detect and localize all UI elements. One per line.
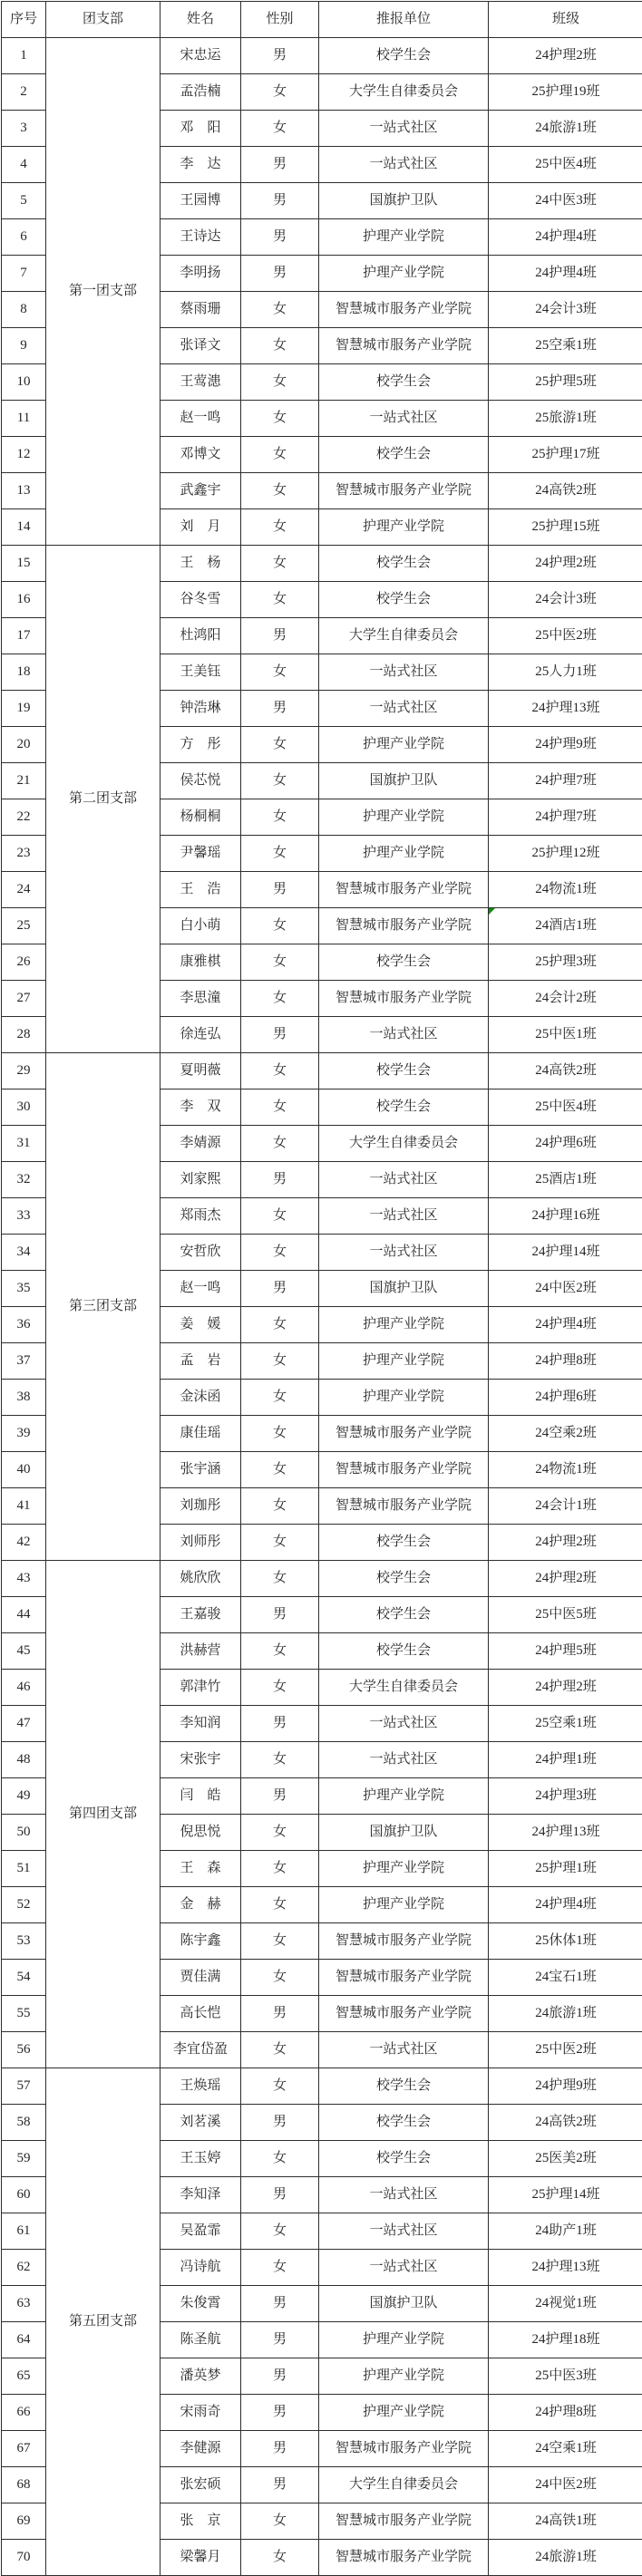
cell-gender: 女: [241, 981, 319, 1017]
cell-gender: 女: [241, 1488, 319, 1525]
cell-name: 王玉婷: [160, 2141, 241, 2177]
cell-unit: 一站式社区: [319, 2213, 489, 2250]
cell-branch: 第四团支部: [46, 1561, 160, 2068]
cell-index: 64: [2, 2322, 46, 2358]
cell-unit: 国旗护卫队: [319, 2286, 489, 2322]
cell-unit: 校学生会: [319, 38, 489, 74]
cell-class: 24视觉1班: [489, 2286, 642, 2322]
cell-class: 24护理5班: [489, 1633, 642, 1670]
cell-unit: 智慧城市服务产业学院: [319, 292, 489, 328]
cell-name: 尹馨瑶: [160, 836, 241, 872]
cell-name: 武鑫宇: [160, 473, 241, 509]
cell-unit: 一站式社区: [319, 1017, 489, 1053]
cell-class: 24护理13班: [489, 2250, 642, 2286]
cell-name: 李知润: [160, 1706, 241, 1742]
cell-unit: 一站式社区: [319, 111, 489, 147]
cell-index: 65: [2, 2358, 46, 2395]
cell-name: 方 彤: [160, 727, 241, 763]
cell-index: 48: [2, 1742, 46, 1778]
cell-name: 李 达: [160, 147, 241, 183]
cell-class: 24空乘2班: [489, 1416, 642, 1452]
cell-unit: 国旗护卫队: [319, 1815, 489, 1851]
cell-gender: 女: [241, 1851, 319, 1887]
cell-gender: 女: [241, 799, 319, 836]
cell-branch: 第一团支部: [46, 38, 160, 546]
cell-index: 60: [2, 2177, 46, 2213]
cell-index: 27: [2, 981, 46, 1017]
cell-class: 24会计1班: [489, 1488, 642, 1525]
cell-index: 11: [2, 401, 46, 437]
cell-name: 高长恺: [160, 1996, 241, 2032]
cell-class: 24中医3班: [489, 183, 642, 219]
cell-name: 姜 媛: [160, 1307, 241, 1343]
cell-name: 陈宇鑫: [160, 1923, 241, 1960]
cell-index: 68: [2, 2467, 46, 2503]
cell-unit: 一站式社区: [319, 654, 489, 691]
cell-name: 夏明薇: [160, 1053, 241, 1089]
cell-name: 金 赫: [160, 1887, 241, 1923]
cell-gender: 女: [241, 328, 319, 364]
cell-index: 51: [2, 1851, 46, 1887]
cell-index: 22: [2, 799, 46, 836]
cell-index: 55: [2, 1996, 46, 2032]
cell-index: 8: [2, 292, 46, 328]
cell-gender: 女: [241, 1525, 319, 1561]
cell-class: 25人力1班: [489, 654, 642, 691]
cell-class: 25护理19班: [489, 74, 642, 111]
cell-name: 王莺漶: [160, 364, 241, 401]
cell-index: 15: [2, 546, 46, 582]
cell-gender: 男: [241, 256, 319, 292]
cell-index: 10: [2, 364, 46, 401]
cell-class: 25中医2班: [489, 618, 642, 654]
cell-class: 25护理5班: [489, 364, 642, 401]
cell-name: 钟浩琳: [160, 691, 241, 727]
cell-gender: 女: [241, 944, 319, 981]
cell-branch: 第五团支部: [46, 2068, 160, 2576]
cell-class: 24护理1班: [489, 1742, 642, 1778]
cell-name: 郑雨杰: [160, 1198, 241, 1235]
cell-class: 24会计3班: [489, 582, 642, 618]
cell-index: 2: [2, 74, 46, 111]
cell-index: 18: [2, 654, 46, 691]
cell-unit: 校学生会: [319, 1525, 489, 1561]
cell-class: 24护理7班: [489, 763, 642, 799]
cell-class: 24护理7班: [489, 799, 642, 836]
cell-gender: 男: [241, 38, 319, 74]
cell-gender: 女: [241, 1416, 319, 1452]
cell-class: 25护理3班: [489, 944, 642, 981]
cell-name: 张译文: [160, 328, 241, 364]
cell-index: 61: [2, 2213, 46, 2250]
cell-class: 24物流1班: [489, 872, 642, 908]
cell-index: 66: [2, 2395, 46, 2431]
cell-unit: 智慧城市服务产业学院: [319, 1452, 489, 1488]
cell-name: 郭津竹: [160, 1670, 241, 1706]
cell-unit: 校学生会: [319, 1089, 489, 1126]
cell-unit: 智慧城市服务产业学院: [319, 328, 489, 364]
cell-index: 58: [2, 2105, 46, 2141]
cell-index: 5: [2, 183, 46, 219]
header-row: 序号团支部姓名性别推报单位班级: [2, 2, 642, 38]
cell-name: 康佳瑶: [160, 1416, 241, 1452]
cell-index: 44: [2, 1597, 46, 1633]
cell-index: 52: [2, 1887, 46, 1923]
cell-class: 24护理2班: [489, 1670, 642, 1706]
cell-index: 56: [2, 2032, 46, 2068]
cell-class: 24旅游1班: [489, 1996, 642, 2032]
cell-index: 42: [2, 1525, 46, 1561]
cell-unit: 大学生自律委员会: [319, 2467, 489, 2503]
cell-name: 侯芯悦: [160, 763, 241, 799]
cell-name: 王美钰: [160, 654, 241, 691]
cell-unit: 大学生自律委员会: [319, 618, 489, 654]
cell-unit: 智慧城市服务产业学院: [319, 2540, 489, 2576]
cell-name: 安哲欣: [160, 1235, 241, 1271]
cell-gender: 男: [241, 1162, 319, 1198]
cell-unit: 护理产业学院: [319, 2395, 489, 2431]
cell-gender: 女: [241, 1198, 319, 1235]
cell-gender: 女: [241, 1053, 319, 1089]
cell-class: 24会计2班: [489, 981, 642, 1017]
cell-class: 25中医5班: [489, 1597, 642, 1633]
cell-unit: 护理产业学院: [319, 2322, 489, 2358]
cell-branch: 第二团支部: [46, 546, 160, 1053]
cell-name: 梁馨月: [160, 2540, 241, 2576]
cell-class: 24护理4班: [489, 256, 642, 292]
cell-class: 25空乘1班: [489, 1706, 642, 1742]
cell-index: 63: [2, 2286, 46, 2322]
cell-index: 43: [2, 1561, 46, 1597]
cell-index: 26: [2, 944, 46, 981]
cell-index: 29: [2, 1053, 46, 1089]
cell-index: 21: [2, 763, 46, 799]
cell-gender: 男: [241, 2322, 319, 2358]
cell-unit: 护理产业学院: [319, 1380, 489, 1416]
cell-class: 25护理15班: [489, 509, 642, 546]
cell-unit: 智慧城市服务产业学院: [319, 981, 489, 1017]
cell-unit: 一站式社区: [319, 1742, 489, 1778]
cell-gender: 男: [241, 2177, 319, 2213]
cell-name: 李婧源: [160, 1126, 241, 1162]
cell-name: 张 京: [160, 2503, 241, 2540]
cell-gender: 女: [241, 1633, 319, 1670]
cell-name: 冯诗航: [160, 2250, 241, 2286]
cell-index: 13: [2, 473, 46, 509]
cell-unit: 智慧城市服务产业学院: [319, 908, 489, 944]
cell-unit: 护理产业学院: [319, 727, 489, 763]
cell-index: 67: [2, 2431, 46, 2467]
cell-index: 59: [2, 2141, 46, 2177]
cell-gender: 男: [241, 1271, 319, 1307]
cell-gender: 女: [241, 509, 319, 546]
cell-class: 24护理13班: [489, 691, 642, 727]
cell-index: 3: [2, 111, 46, 147]
cell-unit: 智慧城市服务产业学院: [319, 1996, 489, 2032]
cell-class: 24高铁2班: [489, 473, 642, 509]
cell-class: 24高铁2班: [489, 2105, 642, 2141]
cell-class: 24护理2班: [489, 38, 642, 74]
cell-unit: 校学生会: [319, 437, 489, 473]
cell-name: 李 双: [160, 1089, 241, 1126]
cell-gender: 女: [241, 1742, 319, 1778]
cell-branch: 第三团支部: [46, 1053, 160, 1561]
cell-gender: 女: [241, 1343, 319, 1380]
cell-index: 12: [2, 437, 46, 473]
cell-unit: 校学生会: [319, 582, 489, 618]
header-gender: 性别: [241, 2, 319, 38]
cell-gender: 女: [241, 1670, 319, 1706]
cell-index: 37: [2, 1343, 46, 1380]
cell-index: 33: [2, 1198, 46, 1235]
cell-gender: 女: [241, 1235, 319, 1271]
cell-name: 吴盈霏: [160, 2213, 241, 2250]
cell-unit: 护理产业学院: [319, 1307, 489, 1343]
cell-index: 40: [2, 1452, 46, 1488]
cell-gender: 女: [241, 763, 319, 799]
cell-unit: 智慧城市服务产业学院: [319, 1923, 489, 1960]
cell-gender: 女: [241, 2141, 319, 2177]
cell-name: 李健源: [160, 2431, 241, 2467]
cell-unit: 智慧城市服务产业学院: [319, 1960, 489, 1996]
cell-unit: 一站式社区: [319, 2177, 489, 2213]
cell-gender: 男: [241, 872, 319, 908]
cell-unit: 一站式社区: [319, 2032, 489, 2068]
cell-class: 24护理13班: [489, 1815, 642, 1851]
cell-class: 24会计3班: [489, 292, 642, 328]
cell-index: 24: [2, 872, 46, 908]
cell-unit: 智慧城市服务产业学院: [319, 2431, 489, 2467]
cell-class: 24宝石1班: [489, 1960, 642, 1996]
cell-gender: 男: [241, 2358, 319, 2395]
cell-index: 62: [2, 2250, 46, 2286]
cell-name: 潘英梦: [160, 2358, 241, 2395]
cell-index: 6: [2, 219, 46, 256]
cell-gender: 男: [241, 1996, 319, 2032]
cell-class: 24酒店1班: [489, 908, 642, 944]
cell-class: 25酒店1班: [489, 1162, 642, 1198]
cell-unit: 校学生会: [319, 1053, 489, 1089]
cell-unit: 大学生自律委员会: [319, 74, 489, 111]
cell-gender: 女: [241, 1815, 319, 1851]
cell-class: 24助产1班: [489, 2213, 642, 2250]
cell-class: 24护理14班: [489, 1235, 642, 1271]
table-row: 29第三团支部夏明薇女校学生会24高铁2班: [2, 1053, 642, 1089]
header-branch: 团支部: [46, 2, 160, 38]
cell-gender: 男: [241, 691, 319, 727]
cell-class: 24护理8班: [489, 2395, 642, 2431]
cell-name: 蔡雨珊: [160, 292, 241, 328]
cell-name: 杜鸿阳: [160, 618, 241, 654]
cell-name: 康雅棋: [160, 944, 241, 981]
cell-unit: 护理产业学院: [319, 1343, 489, 1380]
cell-unit: 护理产业学院: [319, 1887, 489, 1923]
cell-gender: 女: [241, 364, 319, 401]
cell-unit: 国旗护卫队: [319, 763, 489, 799]
cell-corner-flag-icon: [489, 908, 495, 915]
cell-unit: 校学生会: [319, 944, 489, 981]
table-row: 1第一团支部宋忠运男校学生会24护理2班: [2, 38, 642, 74]
cell-gender: 女: [241, 582, 319, 618]
cell-name: 张宇涵: [160, 1452, 241, 1488]
cell-unit: 智慧城市服务产业学院: [319, 1488, 489, 1525]
cell-name: 孟浩楠: [160, 74, 241, 111]
header-index: 序号: [2, 2, 46, 38]
cell-class: 24中医2班: [489, 2467, 642, 2503]
cell-name: 宋雨奇: [160, 2395, 241, 2431]
cell-name: 白小萌: [160, 908, 241, 944]
cell-index: 46: [2, 1670, 46, 1706]
cell-unit: 护理产业学院: [319, 2358, 489, 2395]
table-body: 1第一团支部宋忠运男校学生会24护理2班2孟浩楠女大学生自律委员会25护理19班…: [2, 38, 642, 2576]
cell-unit: 护理产业学院: [319, 1778, 489, 1815]
cell-name: 朱俊霄: [160, 2286, 241, 2322]
cell-class: 24空乘1班: [489, 2431, 642, 2467]
cell-gender: 女: [241, 1561, 319, 1597]
cell-unit: 校学生会: [319, 1597, 489, 1633]
cell-name: 洪赫营: [160, 1633, 241, 1670]
cell-index: 53: [2, 1923, 46, 1960]
cell-index: 17: [2, 618, 46, 654]
cell-gender: 女: [241, 727, 319, 763]
cell-unit: 一站式社区: [319, 1235, 489, 1271]
cell-gender: 男: [241, 219, 319, 256]
cell-class: 25护理17班: [489, 437, 642, 473]
cell-gender: 男: [241, 2105, 319, 2141]
cell-gender: 女: [241, 1960, 319, 1996]
cell-gender: 男: [241, 2431, 319, 2467]
cell-unit: 校学生会: [319, 1561, 489, 1597]
cell-gender: 女: [241, 546, 319, 582]
cell-name: 张宏硕: [160, 2467, 241, 2503]
cell-class: 24护理4班: [489, 1307, 642, 1343]
cell-name: 王园博: [160, 183, 241, 219]
cell-index: 16: [2, 582, 46, 618]
cell-class: 24物流1班: [489, 1452, 642, 1488]
cell-gender: 女: [241, 2213, 319, 2250]
cell-index: 39: [2, 1416, 46, 1452]
cell-class: 24中医2班: [489, 1271, 642, 1307]
cell-gender: 女: [241, 1126, 319, 1162]
cell-name: 王 森: [160, 1851, 241, 1887]
cell-class: 24高铁2班: [489, 1053, 642, 1089]
table-row: 57第五团支部王焕瑶女校学生会24护理9班: [2, 2068, 642, 2105]
cell-class: 24护理4班: [489, 219, 642, 256]
cell-unit: 国旗护卫队: [319, 1271, 489, 1307]
cell-gender: 女: [241, 74, 319, 111]
cell-gender: 女: [241, 1380, 319, 1416]
cell-name: 王 杨: [160, 546, 241, 582]
cell-index: 7: [2, 256, 46, 292]
cell-gender: 男: [241, 2395, 319, 2431]
cell-gender: 男: [241, 1597, 319, 1633]
cell-name: 杨桐桐: [160, 799, 241, 836]
cell-unit: 一站式社区: [319, 1162, 489, 1198]
cell-unit: 护理产业学院: [319, 836, 489, 872]
cell-name: 李知泽: [160, 2177, 241, 2213]
cell-class: 25医美2班: [489, 2141, 642, 2177]
cell-name: 倪思悦: [160, 1815, 241, 1851]
cell-name: 李思潼: [160, 981, 241, 1017]
cell-unit: 智慧城市服务产业学院: [319, 473, 489, 509]
cell-unit: 校学生会: [319, 2141, 489, 2177]
cell-name: 闫 皓: [160, 1778, 241, 1815]
cell-name: 孟 岩: [160, 1343, 241, 1380]
cell-index: 38: [2, 1380, 46, 1416]
cell-gender: 女: [241, 1887, 319, 1923]
cell-class: 25旅游1班: [489, 401, 642, 437]
cell-class: 24护理2班: [489, 546, 642, 582]
cell-name: 邓博文: [160, 437, 241, 473]
cell-gender: 男: [241, 1706, 319, 1742]
cell-name: 刘师彤: [160, 1525, 241, 1561]
cell-index: 4: [2, 147, 46, 183]
header-class: 班级: [489, 2, 642, 38]
cell-gender: 男: [241, 618, 319, 654]
cell-gender: 女: [241, 437, 319, 473]
cell-gender: 女: [241, 2032, 319, 2068]
cell-class: 25中医1班: [489, 1017, 642, 1053]
cell-class: 25护理14班: [489, 2177, 642, 2213]
cell-index: 45: [2, 1633, 46, 1670]
cell-name: 金沫函: [160, 1380, 241, 1416]
cell-class: 24高铁1班: [489, 2503, 642, 2540]
cell-class: 24旅游1班: [489, 2540, 642, 2576]
table-row: 15第二团支部王 杨女校学生会24护理2班: [2, 546, 642, 582]
table-header: 序号团支部姓名性别推报单位班级: [2, 2, 642, 38]
cell-name: 王 浩: [160, 872, 241, 908]
cell-class: 24护理8班: [489, 1343, 642, 1380]
cell-class: 25护理1班: [489, 1851, 642, 1887]
cell-name: 刘 月: [160, 509, 241, 546]
cell-unit: 智慧城市服务产业学院: [319, 1416, 489, 1452]
cell-gender: 女: [241, 908, 319, 944]
cell-gender: 女: [241, 1307, 319, 1343]
cell-name: 王焕瑶: [160, 2068, 241, 2105]
cell-class: 24护理16班: [489, 1198, 642, 1235]
cell-class: 24护理9班: [489, 727, 642, 763]
cell-name: 宋忠运: [160, 38, 241, 74]
cell-name: 王嘉骏: [160, 1597, 241, 1633]
cell-index: 9: [2, 328, 46, 364]
cell-index: 30: [2, 1089, 46, 1126]
cell-index: 20: [2, 727, 46, 763]
cell-index: 36: [2, 1307, 46, 1343]
cell-gender: 女: [241, 1089, 319, 1126]
cell-class: 25中医4班: [489, 1089, 642, 1126]
cell-index: 32: [2, 1162, 46, 1198]
cell-unit: 护理产业学院: [319, 1851, 489, 1887]
cell-unit: 智慧城市服务产业学院: [319, 2503, 489, 2540]
cell-gender: 女: [241, 292, 319, 328]
cell-gender: 女: [241, 2503, 319, 2540]
cell-index: 14: [2, 509, 46, 546]
cell-name: 赵一鸣: [160, 401, 241, 437]
cell-gender: 女: [241, 836, 319, 872]
cell-index: 54: [2, 1960, 46, 1996]
cell-index: 31: [2, 1126, 46, 1162]
cell-class: 24护理2班: [489, 1561, 642, 1597]
cell-unit: 大学生自律委员会: [319, 1126, 489, 1162]
cell-class: 24护理6班: [489, 1380, 642, 1416]
cell-unit: 校学生会: [319, 2068, 489, 2105]
cell-name: 宋张宇: [160, 1742, 241, 1778]
cell-class: 24护理18班: [489, 2322, 642, 2358]
cell-unit: 校学生会: [319, 1633, 489, 1670]
cell-gender: 男: [241, 183, 319, 219]
cell-class: 24旅游1班: [489, 111, 642, 147]
cell-gender: 女: [241, 2068, 319, 2105]
